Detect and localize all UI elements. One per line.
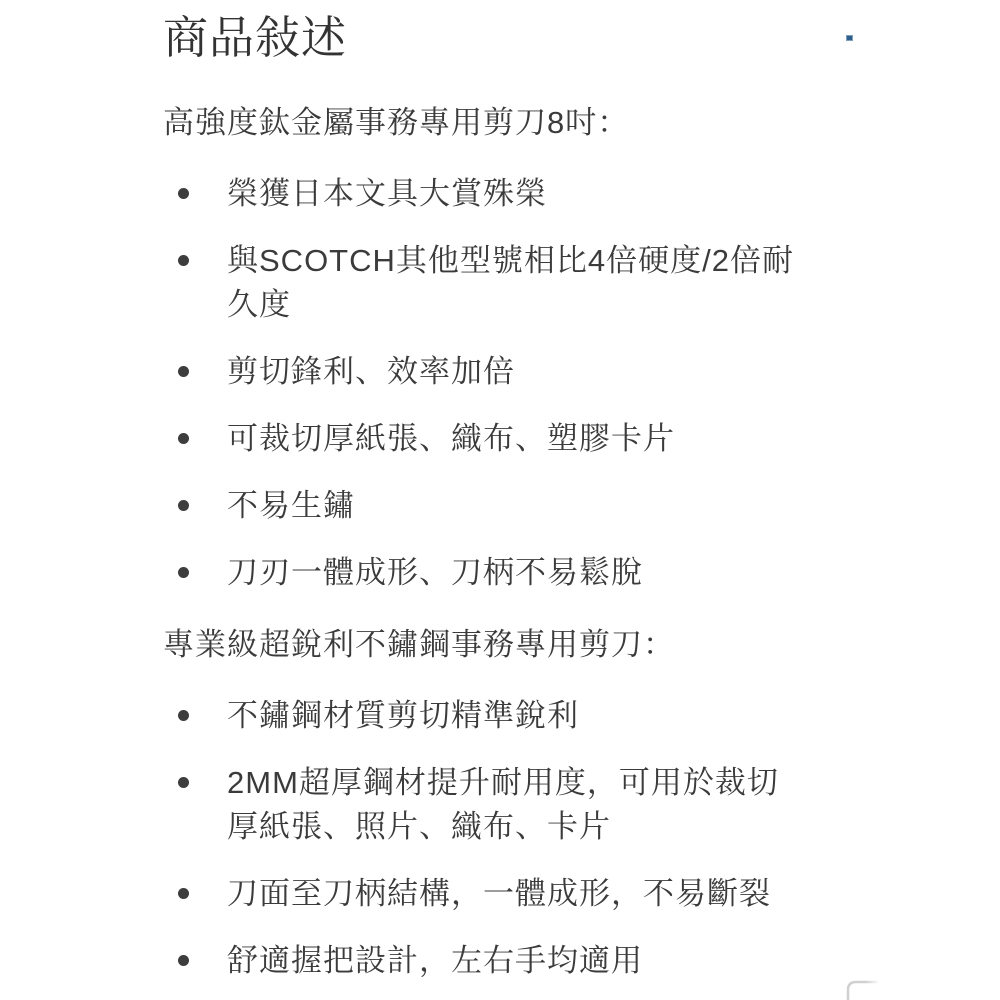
- list-item-text: 久度: [227, 283, 873, 327]
- description-content: 商品敍述 高強度鈦金屬事務專用剪刀8吋： 榮獲日本文具大賞殊榮 與SCOTCH其…: [163, 0, 873, 1000]
- bullet-icon: [178, 500, 189, 511]
- list-item: 刀刃一體成形、刀柄不易鬆脫: [163, 551, 873, 595]
- list-item-text: 不易生鏽: [227, 484, 873, 528]
- list-item-text: 厚紙張、照片、織布、卡片: [227, 805, 873, 849]
- list-item: 榮獲日本文具大賞殊榮: [163, 172, 873, 216]
- list-item-text: 2MM超厚鋼材提升耐用度，可用於裁切: [227, 761, 873, 805]
- bullet-icon: [178, 955, 189, 966]
- feature-list-stainless: 不鏽鋼材質剪切精準銳利 2MM超厚鋼材提升耐用度，可用於裁切 厚紙張、照片、織布…: [163, 694, 873, 983]
- list-item-text: 刀面至刀柄結構，一體成形，不易斷裂: [227, 872, 873, 916]
- list-item-text: 剪切鋒利、效率加倍: [227, 350, 873, 394]
- list-item: 與SCOTCH其他型號相比4倍硬度/2倍耐 久度: [163, 239, 873, 327]
- list-item: 不易生鏽: [163, 484, 873, 528]
- list-item-text: 與SCOTCH其他型號相比4倍硬度/2倍耐: [227, 239, 873, 283]
- list-item: 可裁切厚紙張、織布、塑膠卡片: [163, 417, 873, 461]
- product-description-page: 商品敍述 高強度鈦金屬事務專用剪刀8吋： 榮獲日本文具大賞殊榮 與SCOTCH其…: [0, 0, 1000, 1000]
- bullet-icon: [178, 710, 189, 721]
- list-item-text: 刀刃一體成形、刀柄不易鬆脫: [227, 551, 873, 595]
- section-heading-titanium-scissors: 高強度鈦金屬事務專用剪刀8吋：: [163, 100, 873, 146]
- list-item-text: 舒適握把設計，左右手均適用: [227, 939, 873, 983]
- bullet-icon: [178, 188, 189, 199]
- feature-list-titanium: 榮獲日本文具大賞殊榮 與SCOTCH其他型號相比4倍硬度/2倍耐 久度 剪切鋒利…: [163, 172, 873, 595]
- list-item-text: 榮獲日本文具大賞殊榮: [227, 172, 873, 216]
- page-title: 商品敍述: [163, 12, 873, 64]
- scroll-indicator-marker: [846, 35, 853, 41]
- list-item: 不鏽鋼材質剪切精準銳利: [163, 694, 873, 738]
- bullet-icon: [178, 255, 189, 266]
- bullet-icon: [178, 366, 189, 377]
- list-item-text: 不鏽鋼材質剪切精準銳利: [227, 694, 873, 738]
- bullet-icon: [178, 433, 189, 444]
- list-item: 刀面至刀柄結構，一體成形，不易斷裂: [163, 872, 873, 916]
- list-item: 舒適握把設計，左右手均適用: [163, 939, 873, 983]
- list-item: 剪切鋒利、效率加倍: [163, 350, 873, 394]
- partial-button-corner[interactable]: [840, 978, 910, 1000]
- bullet-icon: [178, 777, 189, 788]
- list-item: 2MM超厚鋼材提升耐用度，可用於裁切 厚紙張、照片、織布、卡片: [163, 761, 873, 849]
- bullet-icon: [178, 567, 189, 578]
- section-heading-stainless-scissors: 專業級超銳利不鏽鋼事務專用剪刀：: [163, 622, 873, 668]
- bullet-icon: [178, 888, 189, 899]
- list-item-text: 可裁切厚紙張、織布、塑膠卡片: [227, 417, 873, 461]
